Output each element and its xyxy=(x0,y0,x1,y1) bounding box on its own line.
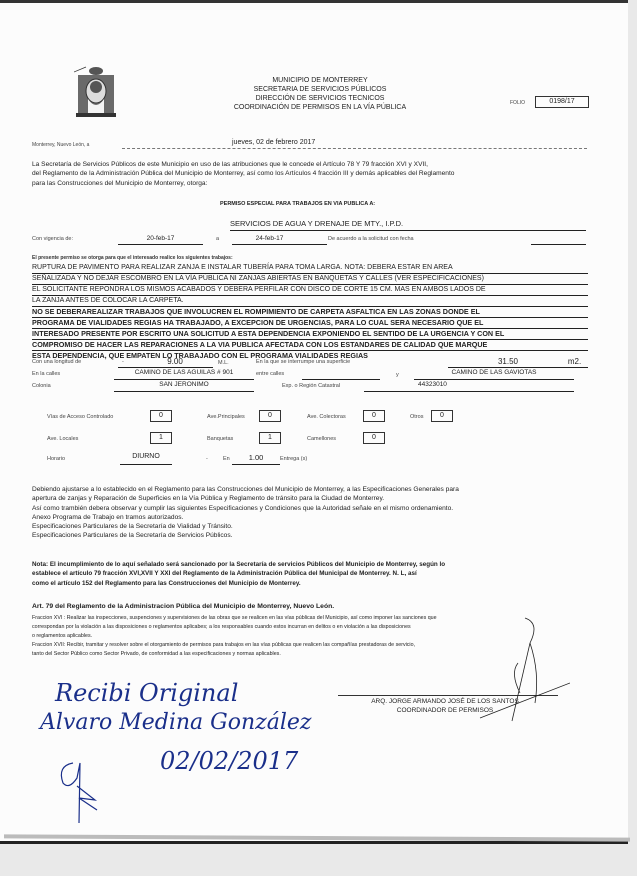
document-date: jueves, 02 de febrero 2017 xyxy=(232,139,315,146)
length-label: Con una longitud de xyxy=(32,359,81,365)
coat-of-arms-icon xyxy=(74,65,118,120)
regulations-paragraph: Debiendo ajustarse a lo establecido en e… xyxy=(32,485,622,541)
length-value: 9.00 xyxy=(150,357,200,366)
deliveries-value: 1.00 xyxy=(232,453,280,462)
validity-to: 24-feb-17 xyxy=(232,235,307,242)
works-label: El presente permiso se otorga para que e… xyxy=(32,255,233,261)
count-ave-principales: 0 xyxy=(259,410,281,422)
count-ave-colectoras: 0 xyxy=(363,410,385,422)
street-value: CAMINO DE LAS AGUILAS # 901 xyxy=(114,369,254,376)
schedule-value: DIURNO xyxy=(120,453,172,460)
colonia-value: SAN JERONIMO xyxy=(114,381,254,388)
between-street-2: CAMINO DE LAS GAVIOTAS xyxy=(414,369,574,376)
grantee-name: SERVICIOS DE AGUA Y DRENAJE DE MTY., I.P… xyxy=(230,219,403,228)
streets-label: En la calles xyxy=(32,371,60,377)
handwritten-date: 02/02/2017 xyxy=(160,747,298,775)
count-otros: 0 xyxy=(431,410,453,422)
count-ave-locales: 1 xyxy=(150,432,172,444)
handwritten-name: Alvaro Medina González xyxy=(40,710,312,735)
signature-scribble-icon xyxy=(440,613,570,723)
header-line: MUNICIPIO DE MONTERREY xyxy=(190,76,450,85)
header-line: DIRECCIÓN DE SERVICIOS TECNICOS xyxy=(190,94,450,103)
count-camellones: 0 xyxy=(363,432,385,444)
sanction-note: Nota: El incumplimiento de lo aquí señal… xyxy=(32,560,622,588)
article-title: Art. 79 del Reglamento de la Administrac… xyxy=(32,603,334,610)
colonia-label: Colonia xyxy=(32,383,51,389)
works-restrictions: NO SE DEBERAREALIZAR TRABAJOS QUE INVOLU… xyxy=(32,306,504,361)
permit-title: PERMISO ESPECIAL PARA TRABAJOS EN VIA PU… xyxy=(220,201,375,207)
request-label: De acuerdo a la solicitud con fecha xyxy=(328,236,414,242)
header-line: COORDINACIÓN DE PERMISOS EN LA VÍA PÚBLI… xyxy=(190,103,450,112)
validity-label: Con vigencia de: xyxy=(32,236,73,242)
folio-label: FOLIO xyxy=(510,100,525,106)
validity-from: 20-feb-17 xyxy=(118,235,203,242)
header-line: SECRETARIA DE SERVICIOS PÚBLICOS xyxy=(190,85,450,94)
permit-document: MUNICIPIO DE MONTERREY SECRETARIA DE SER… xyxy=(0,0,628,844)
cadastral-value: 44323010 xyxy=(418,381,447,388)
intro-paragraph: La Secretaría de Servicios Públicos de e… xyxy=(32,160,622,188)
count-banquetas: 1 xyxy=(259,432,281,444)
initials-scribble-icon xyxy=(55,758,105,828)
to-label: a xyxy=(216,236,219,242)
folio-value: 0198/17 xyxy=(535,96,589,108)
place-label: Monterrey, Nuevo León, a xyxy=(32,142,89,148)
header-title-block: MUNICIPIO DE MONTERREY SECRETARIA DE SER… xyxy=(190,76,450,112)
count-vias-acceso: 0 xyxy=(150,410,172,422)
surface-label: En la que se interrumpe una superficie xyxy=(256,359,350,365)
surface-value: 31.50 xyxy=(488,357,528,366)
handwritten-received: Recibi Original xyxy=(55,679,238,707)
